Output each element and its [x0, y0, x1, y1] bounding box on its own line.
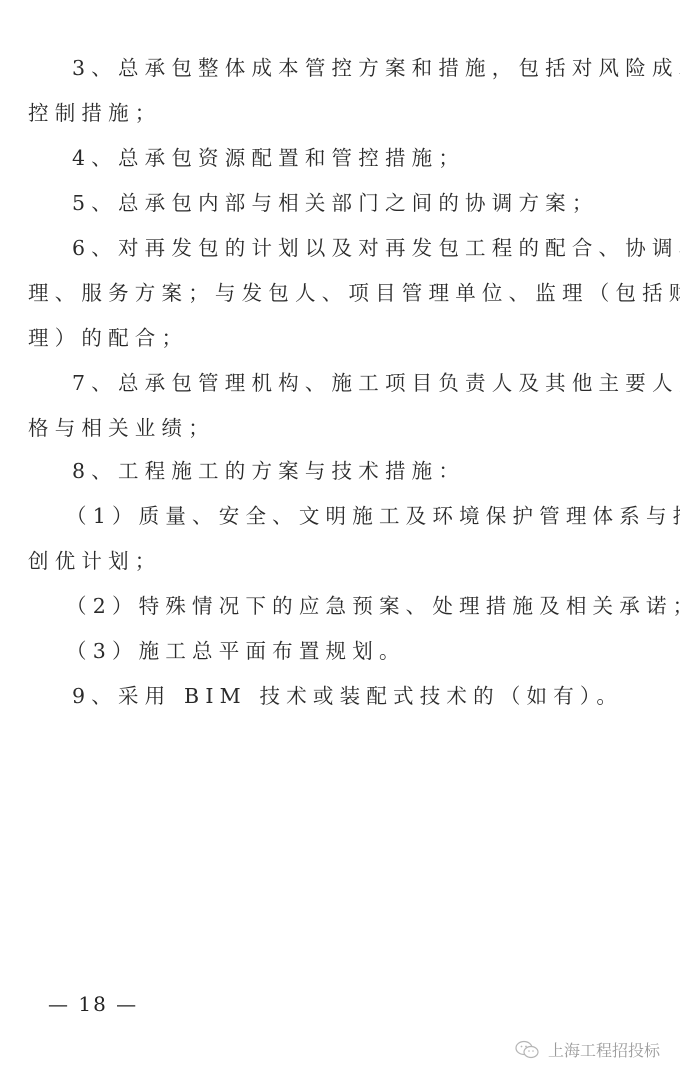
watermark-text: 上海工程招投标 [548, 1038, 660, 1061]
text-line: 格与相关业绩； [28, 413, 215, 443]
text-line: 创优计划； [28, 546, 162, 576]
document-page: 3、总承包整体成本管控方案和措施，包括对风险成本的 控制措施； 4、总承包资源配… [0, 0, 680, 1077]
text-line: （2）特殊情况下的应急预案、处理措施及相关承诺； [66, 591, 680, 621]
text-line: 3、总承包整体成本管控方案和措施，包括对风险成本的 [72, 53, 680, 83]
text-line: 4、总承包资源配置和管控措施； [72, 143, 465, 173]
text-line: （1）质量、安全、文明施工及环境保护管理体系与措施、 [66, 501, 680, 531]
text-line: 5、总承包内部与相关部门之间的协调方案； [72, 188, 599, 218]
text-line: （3）施工总平面布置规划。 [66, 636, 406, 666]
watermark: 上海工程招投标 [514, 1038, 660, 1061]
text-line: 9、采用 BIM 技术或装配式技术的（如有）。 [72, 681, 623, 711]
text-line: 控制措施； [28, 98, 162, 128]
text-line: 理）的配合； [28, 323, 188, 353]
text-line: 理、服务方案；与发包人、项目管理单位、监理（包括财务监 [28, 278, 680, 308]
text-line: 7、总承包管理机构、施工项目负责人及其他主要人员资 [72, 368, 680, 398]
text-line: 6、对再发包的计划以及对再发包工程的配合、协调、管 [72, 233, 680, 263]
page-number: — 18 — [48, 992, 138, 1016]
wechat-icon [514, 1040, 540, 1060]
text-line: 8、工程施工的方案与技术措施： [72, 456, 465, 486]
